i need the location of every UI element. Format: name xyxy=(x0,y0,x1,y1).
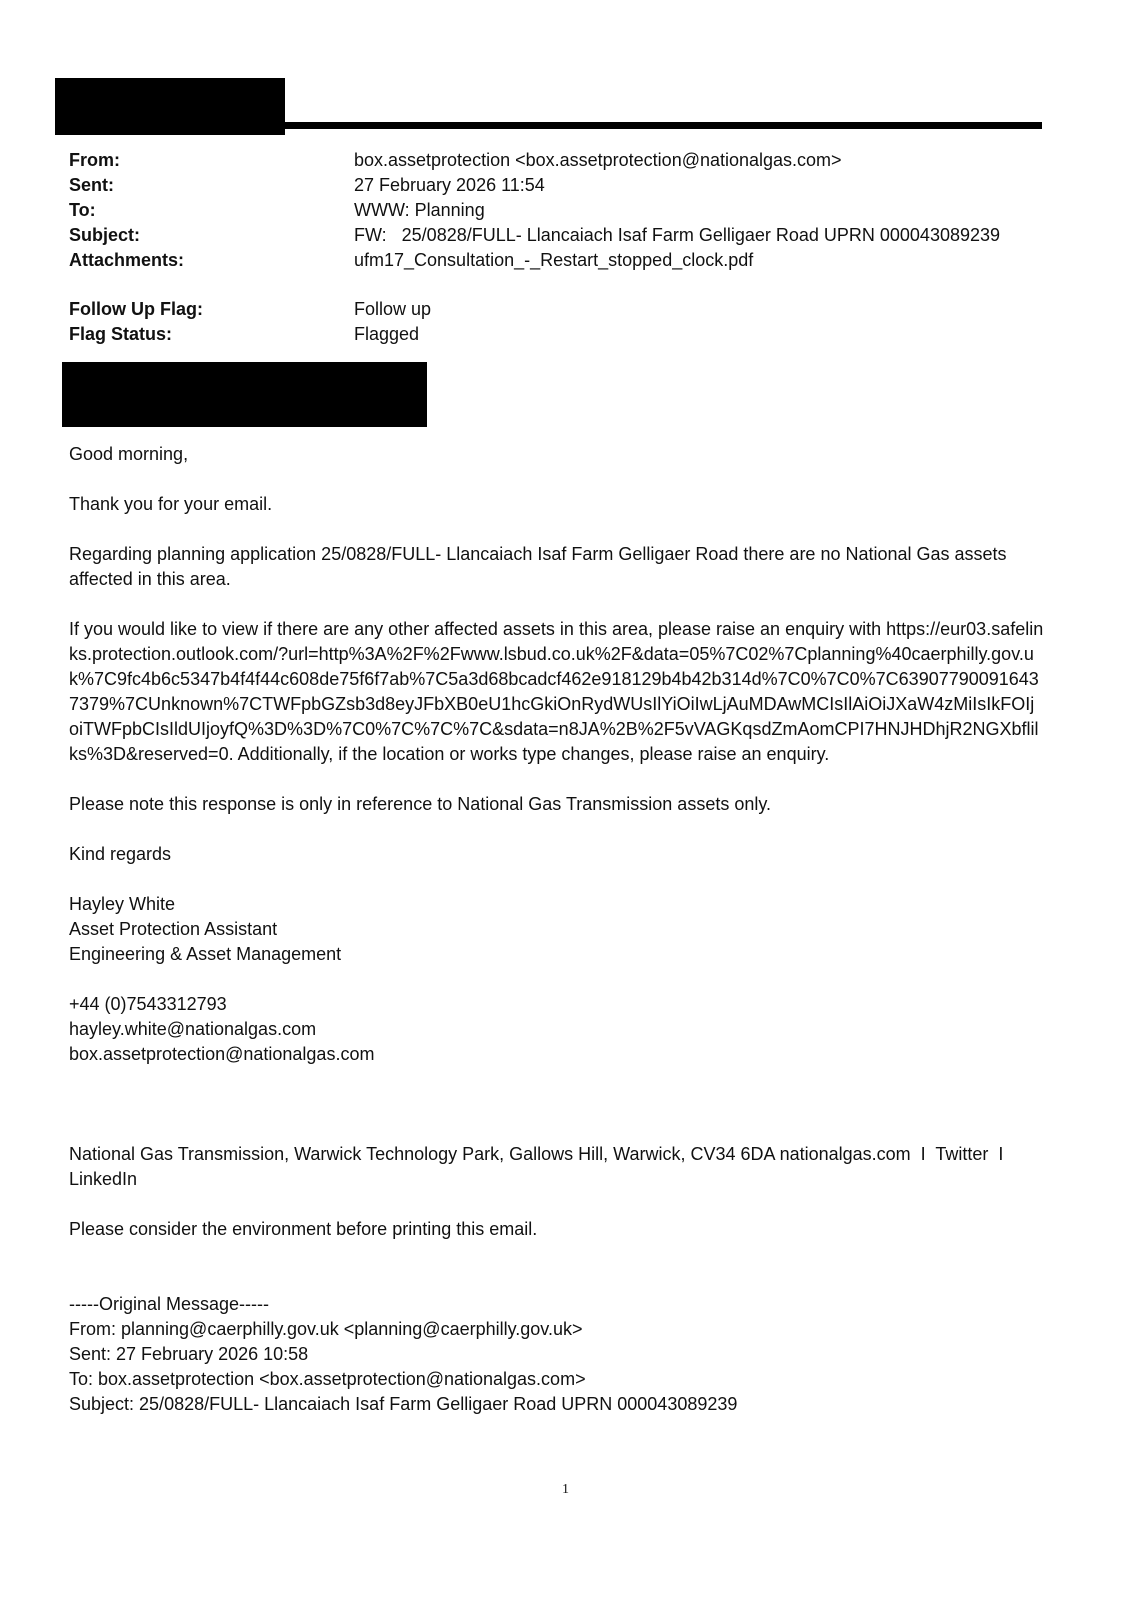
redaction-block-middle xyxy=(62,362,427,427)
email-body: Good morning, Thank you for your email. … xyxy=(69,442,1044,1417)
footer-separator: I xyxy=(911,1144,936,1164)
footer-separator: I xyxy=(988,1144,1013,1164)
paragraph-enquiry: If you would like to view if there are a… xyxy=(69,617,1044,767)
header-rule xyxy=(285,122,1042,129)
signature-department: Engineering & Asset Management xyxy=(69,942,1044,967)
footer-address-text: National Gas Transmission, Warwick Techn… xyxy=(69,1144,780,1164)
redaction-block-top xyxy=(55,78,285,135)
footer-twitter-link[interactable]: Twitter xyxy=(935,1144,988,1164)
flag-status-value: Flagged xyxy=(354,322,419,347)
header-to: To: WWW: Planning xyxy=(69,198,1000,223)
signature: Hayley White Asset Protection Assistant … xyxy=(69,892,1044,1067)
header-attachments: Attachments: ufm17_Consultation_-_Restar… xyxy=(69,248,1000,273)
thanks-line: Thank you for your email. xyxy=(69,492,1044,517)
header-follow-up-flag: Follow Up Flag: Follow up xyxy=(69,297,1000,322)
sent-label: Sent: xyxy=(69,173,354,198)
signature-phone: +44 (0)7543312793 xyxy=(69,992,1044,1017)
footer-website-link[interactable]: nationalgas.com xyxy=(780,1144,911,1164)
footer-linkedin-link[interactable]: LinkedIn xyxy=(69,1169,137,1189)
transmission-note: Please note this response is only in ref… xyxy=(69,792,1044,817)
original-sent: Sent: 27 February 2026 10:58 xyxy=(69,1342,1044,1367)
environment-note: Please consider the environment before p… xyxy=(69,1217,1044,1242)
greeting: Good morning, xyxy=(69,442,1044,467)
signature-title: Asset Protection Assistant xyxy=(69,917,1044,942)
signature-shared-email[interactable]: box.assetprotection@nationalgas.com xyxy=(69,1042,1044,1067)
subject-label: Subject: xyxy=(69,223,354,248)
original-message-divider: -----Original Message----- xyxy=(69,1292,1044,1317)
footer-address: National Gas Transmission, Warwick Techn… xyxy=(69,1142,1044,1192)
subject-value: FW: 25/0828/FULL- Llancaiach Isaf Farm G… xyxy=(354,223,1000,248)
page-number: 1 xyxy=(0,1482,1131,1498)
follow-up-flag-value: Follow up xyxy=(354,297,431,322)
original-subject: Subject: 25/0828/FULL- Llancaiach Isaf F… xyxy=(69,1392,1044,1417)
attachment-file[interactable]: ufm17_Consultation_-_Restart_stopped_clo… xyxy=(354,248,753,273)
original-message: -----Original Message----- From: plannin… xyxy=(69,1292,1044,1417)
sent-value: 27 February 2026 11:54 xyxy=(354,173,545,198)
follow-up-flag-label: Follow Up Flag: xyxy=(69,297,354,322)
header-sent: Sent: 27 February 2026 11:54 xyxy=(69,173,1000,198)
to-value: WWW: Planning xyxy=(354,198,485,223)
from-value: box.assetprotection <box.assetprotection… xyxy=(354,148,842,173)
flag-status-label: Flag Status: xyxy=(69,322,354,347)
signature-email[interactable]: hayley.white@nationalgas.com xyxy=(69,1017,1044,1042)
original-to: To: box.assetprotection <box.assetprotec… xyxy=(69,1367,1044,1392)
to-label: To: xyxy=(69,198,354,223)
paragraph-no-assets: Regarding planning application 25/0828/F… xyxy=(69,542,1044,592)
original-from: From: planning@caerphilly.gov.uk <planni… xyxy=(69,1317,1044,1342)
from-label: From: xyxy=(69,148,354,173)
enquiry-intro: If you would like to view if there are a… xyxy=(69,619,886,639)
email-header: From: box.assetprotection <box.assetprot… xyxy=(69,148,1000,347)
safelinks-url[interactable]: https://eur03.safelinks.protection.outlo… xyxy=(69,619,1043,764)
enquiry-outro: . Additionally, if the location or works… xyxy=(229,744,830,764)
signature-name: Hayley White xyxy=(69,892,1044,917)
header-from: From: box.assetprotection <box.assetprot… xyxy=(69,148,1000,173)
attachments-label: Attachments: xyxy=(69,248,354,273)
header-subject: Subject: FW: 25/0828/FULL- Llancaiach Is… xyxy=(69,223,1000,248)
closing: Kind regards xyxy=(69,842,1044,867)
header-flag-status: Flag Status: Flagged xyxy=(69,322,1000,347)
